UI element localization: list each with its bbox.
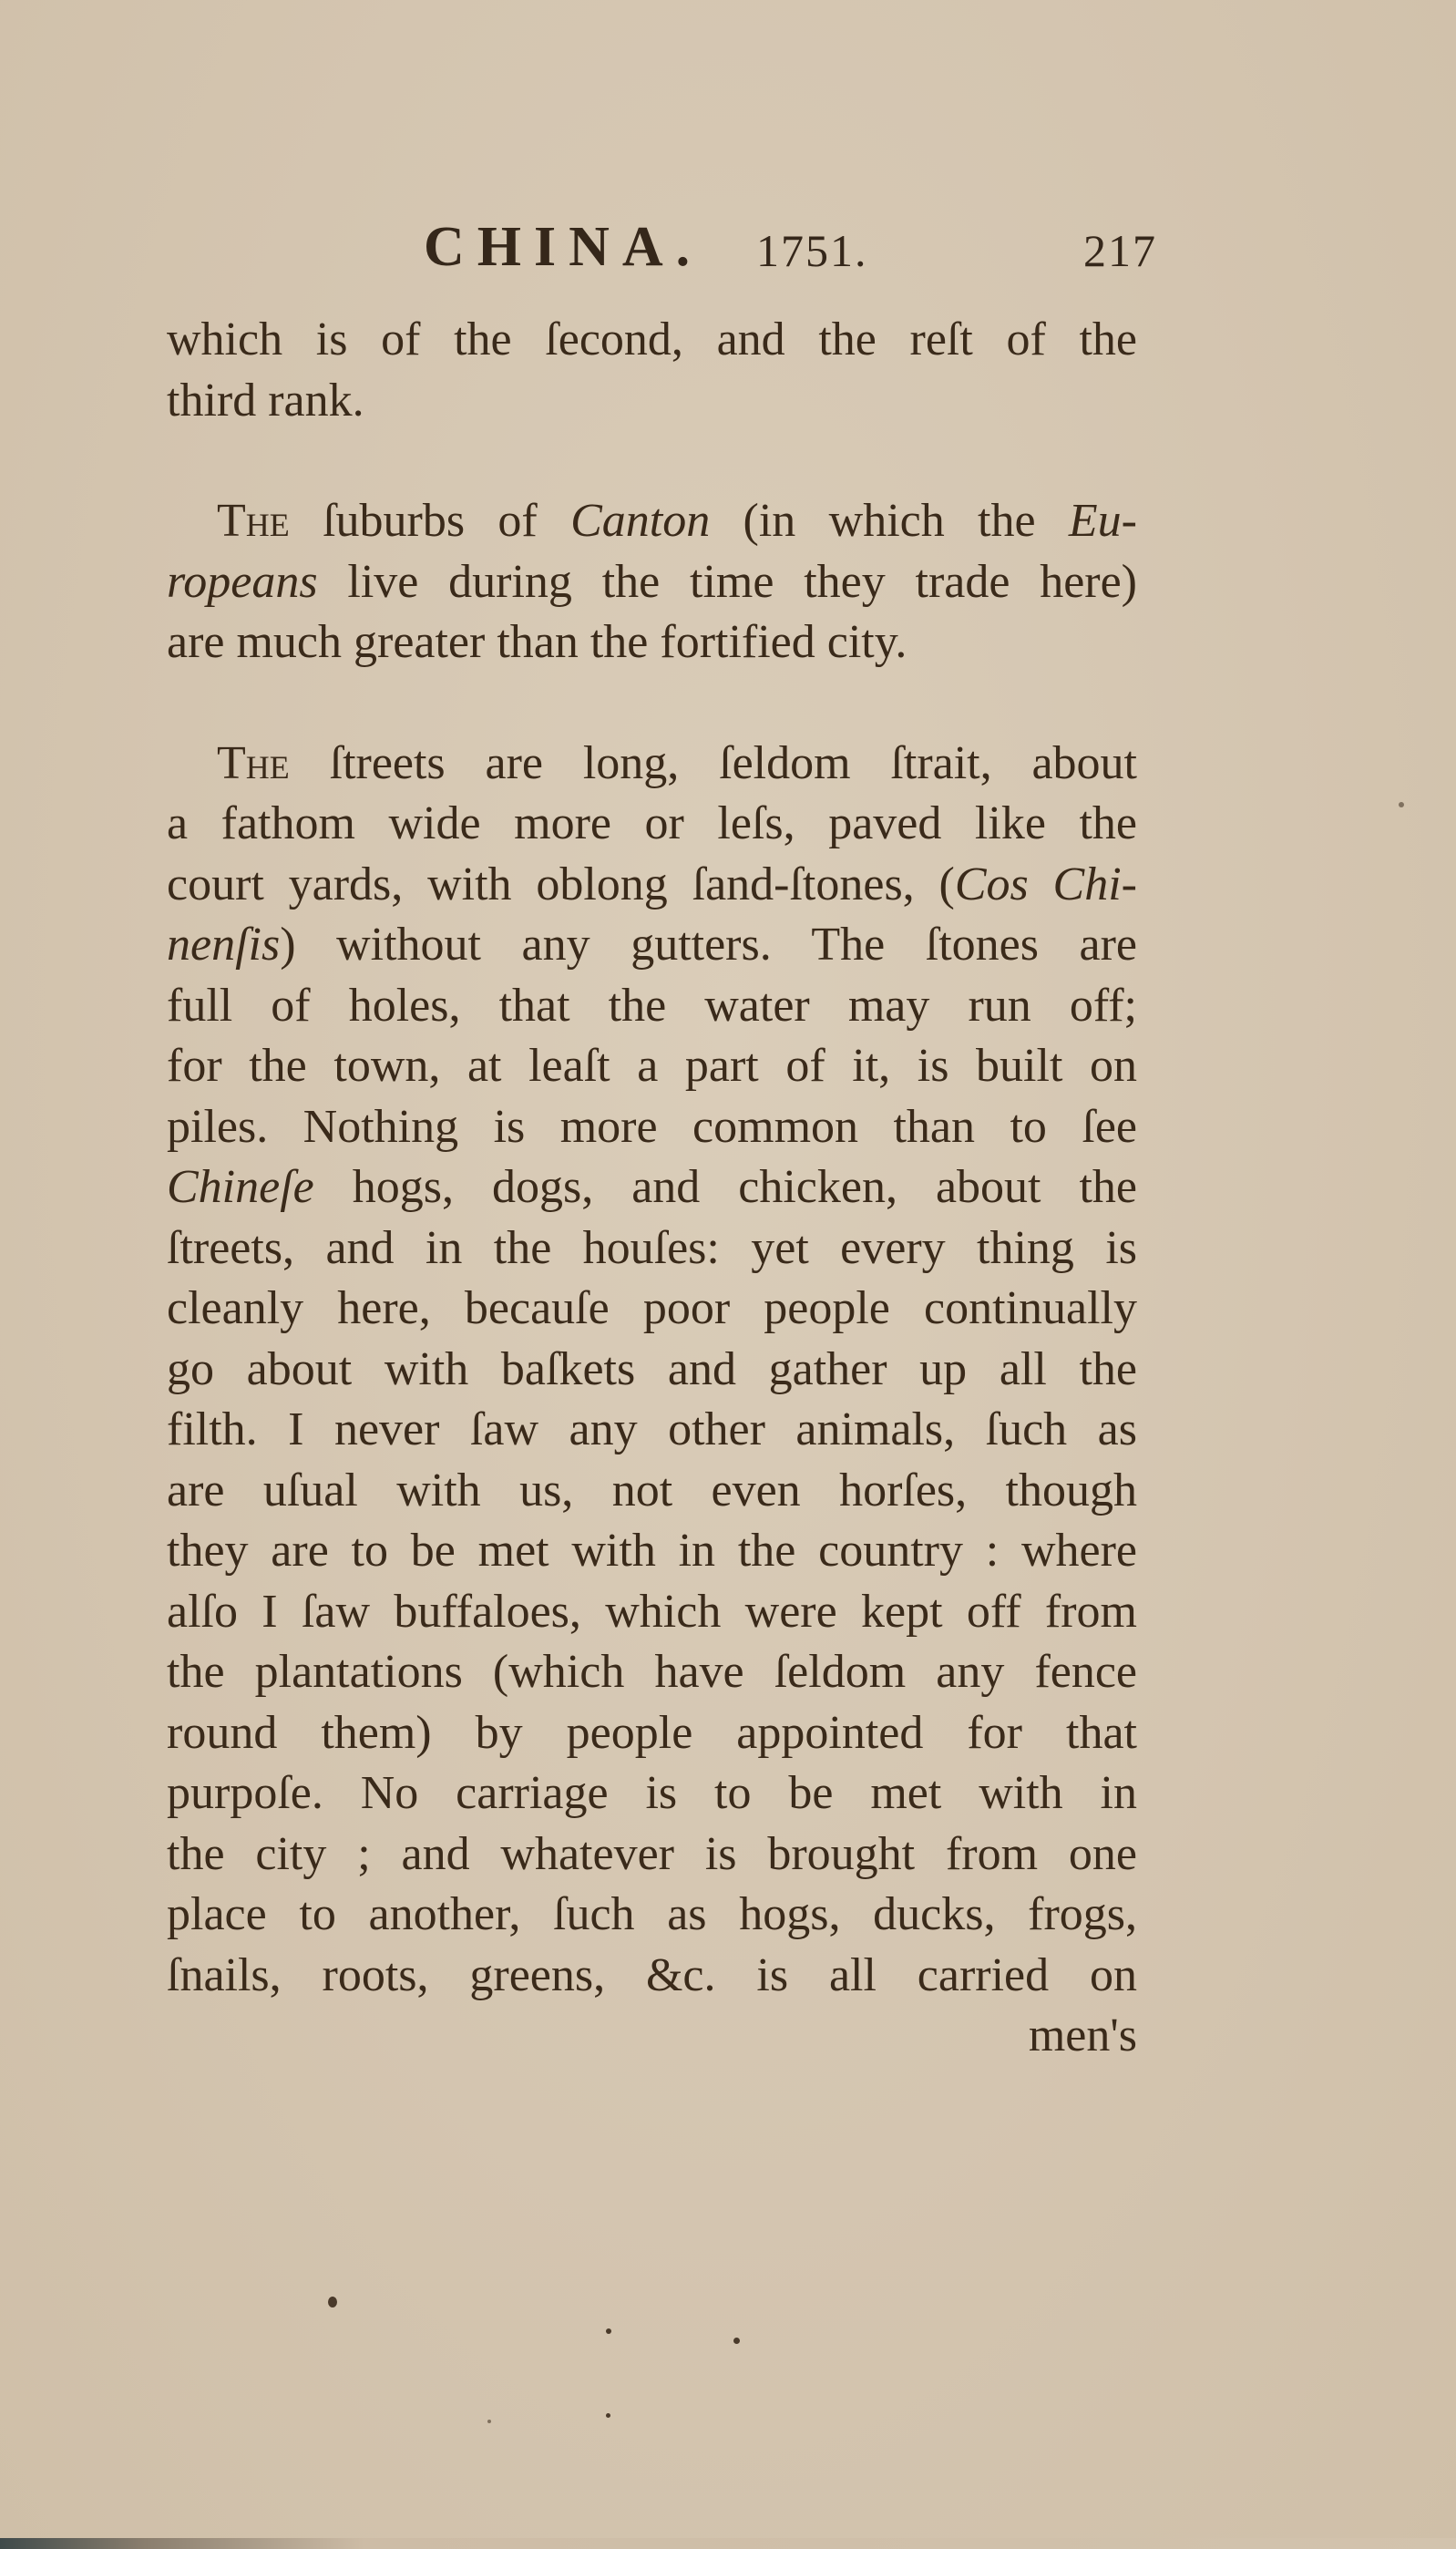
paragraph-lead: The: [217, 495, 290, 547]
text-segment: court yards, with oblong ſand-ſtones, (: [167, 858, 955, 910]
text-line: for the town, at leaſt a part of it, is …: [167, 1036, 1137, 1097]
paragraph-suburbs: The ſuburbs of Canton (in which the Eu- …: [167, 491, 1137, 673]
text-line: The ſuburbs of Canton (in which the Eu-: [167, 491, 1137, 552]
running-head: CHINA. 1751. 217: [169, 215, 1157, 279]
italic-term: ropeans: [167, 556, 318, 608]
text-line: a fathom wide more or leſs, paved like t…: [167, 794, 1137, 855]
text-line: which is of the ſecond, and the reſt of …: [167, 310, 1137, 371]
italic-term: Cos Chi-: [955, 858, 1137, 910]
text-line: go about with baſkets and gather up all …: [167, 1340, 1137, 1401]
italic-term: Eu-: [1069, 495, 1137, 547]
text-line: nenſis) without any gutters. The ſtones …: [167, 915, 1137, 976]
text-line: place to another, ſuch as hogs, ducks, f…: [167, 1885, 1137, 1946]
text-line: piles. Nothing is more common than to ſe…: [167, 1097, 1137, 1158]
paragraph-streets: The ſtreets are long, ſeldom ſtrait, abo…: [167, 734, 1137, 2007]
text-line: purpoſe. No carriage is to be met with i…: [167, 1763, 1137, 1824]
running-head-title: CHINA.: [424, 215, 702, 280]
text-line: ſtreets, and in the houſes: yet every th…: [167, 1218, 1137, 1280]
book-page: CHINA. 1751. 217 which is of the ſecond,…: [0, 0, 1456, 2549]
text-line: alſo I ſaw buffaloes, which were kept of…: [167, 1582, 1137, 1643]
italic-term: Canton: [570, 495, 710, 547]
text-line: ſnails, roots, greens, &c. is all carrie…: [167, 1946, 1137, 2007]
text-line: filth. I never ſaw any other animals, ſu…: [167, 1400, 1137, 1461]
text-segment: ſtreets are long, ſeldom ſtrait, about: [290, 737, 1137, 789]
paper-speck: [606, 2328, 611, 2334]
italic-term: Chineſe: [167, 1161, 314, 1213]
text-line: ropeans live during the time they trade …: [167, 552, 1137, 613]
page-bottom-edge: [0, 2538, 1456, 2549]
catchword: men's: [167, 2006, 1137, 2067]
paper-speck: [487, 2420, 491, 2423]
text-segment: ) without any gutters. The ſtones are: [280, 919, 1137, 971]
paper-speck: [1399, 802, 1404, 807]
text-line: court yards, with oblong ſand-ſtones, (C…: [167, 855, 1137, 916]
text-line: the city ; and whatever is brought from …: [167, 1824, 1137, 1886]
paragraph-continuation: which is of the ſecond, and the reſt of …: [167, 310, 1137, 431]
text-segment: ſuburbs of Canton (in which the Eu-: [290, 495, 1137, 547]
text-line: the plantations (which have ſeldom any f…: [167, 1642, 1137, 1703]
text-line: full of holes, that the water may run of…: [167, 976, 1137, 1037]
text-line: Chineſe hogs, dogs, and chicken, about t…: [167, 1157, 1137, 1218]
text-line: they are to be met with in the country :…: [167, 1521, 1137, 1582]
text-line: cleanly here, becauſe poor people contin…: [167, 1279, 1137, 1340]
running-head-year: 1751.: [756, 224, 868, 277]
paragraph-lead: The: [217, 737, 290, 789]
text-segment: hogs, dogs, and chicken, about the: [314, 1161, 1137, 1213]
text-line: are much greater than the fortified city…: [167, 612, 1137, 673]
paper-speck: [328, 2297, 337, 2307]
paper-speck: [733, 2338, 740, 2344]
text-line: The ſtreets are long, ſeldom ſtrait, abo…: [167, 734, 1137, 795]
text-line: round them) by people appointed for that: [167, 1703, 1137, 1764]
body-text: which is of the ſecond, and the reſt of …: [167, 310, 1137, 2067]
text-line: third rank.: [167, 371, 1137, 432]
italic-term: nenſis: [167, 919, 280, 971]
text-line: are uſual with us, not even horſes, thou…: [167, 1461, 1137, 1522]
page-number: 217: [1083, 224, 1157, 277]
text-segment: live during the time they trade here): [318, 556, 1137, 608]
paper-speck: [606, 2413, 610, 2418]
